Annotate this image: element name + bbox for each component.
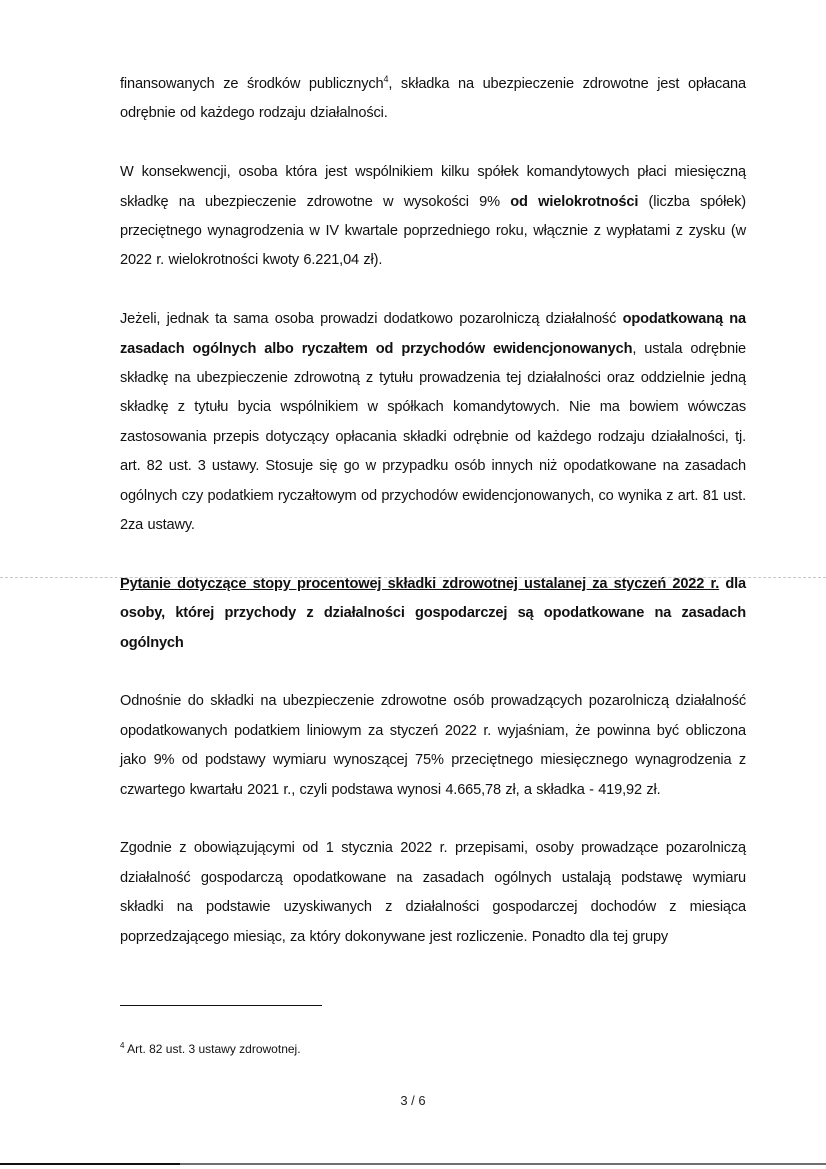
paragraph-group-before: finansowanych ze środków publicznych4, s… (120, 70, 746, 540)
paragraph-p2: W konsekwencji, osoba która jest wspólni… (120, 158, 746, 276)
document-body: finansowanych ze środków publicznych4, s… (120, 70, 746, 982)
document-page: finansowanych ze środków publicznych4, s… (0, 0, 826, 1169)
paragraph-p1: finansowanych ze środków publicznych4, s… (120, 70, 746, 129)
paragraph-text: Jeżeli, jednak ta sama osoba prowadzi do… (120, 311, 623, 327)
section-heading: Pytanie dotyczące stopy procentowej skła… (120, 570, 746, 658)
page-number: 3 / 6 (0, 1093, 826, 1108)
paragraph-text: , ustala odrębnie składkę na ubezpieczen… (120, 341, 746, 533)
paragraph-text: finansowanych ze środków publicznych (120, 76, 384, 92)
paragraph-group-after: Odnośnie do składki na ubezpieczenie zdr… (120, 687, 746, 952)
scan-bottom-edge (0, 1163, 826, 1165)
footnote-separator (120, 1005, 322, 1006)
footnote-text: Art. 82 ust. 3 ustawy zdrowotnej. (124, 1042, 300, 1056)
paragraph-text: Odnośnie do składki na ubezpieczenie zdr… (120, 693, 746, 797)
bold-emphasis: od wielokrotności (510, 194, 638, 210)
footnote: 4 Art. 82 ust. 3 ustawy zdrowotnej. (120, 1038, 301, 1057)
section-heading-underlined: Pytanie dotyczące stopy procentowej skła… (120, 576, 719, 592)
paragraph-p3: Jeżeli, jednak ta sama osoba prowadzi do… (120, 305, 746, 540)
paragraph-text: Zgodnie z obowiązującymi od 1 stycznia 2… (120, 840, 746, 944)
paragraph-p5: Zgodnie z obowiązującymi od 1 stycznia 2… (120, 834, 746, 952)
paragraph-p4: Odnośnie do składki na ubezpieczenie zdr… (120, 687, 746, 805)
